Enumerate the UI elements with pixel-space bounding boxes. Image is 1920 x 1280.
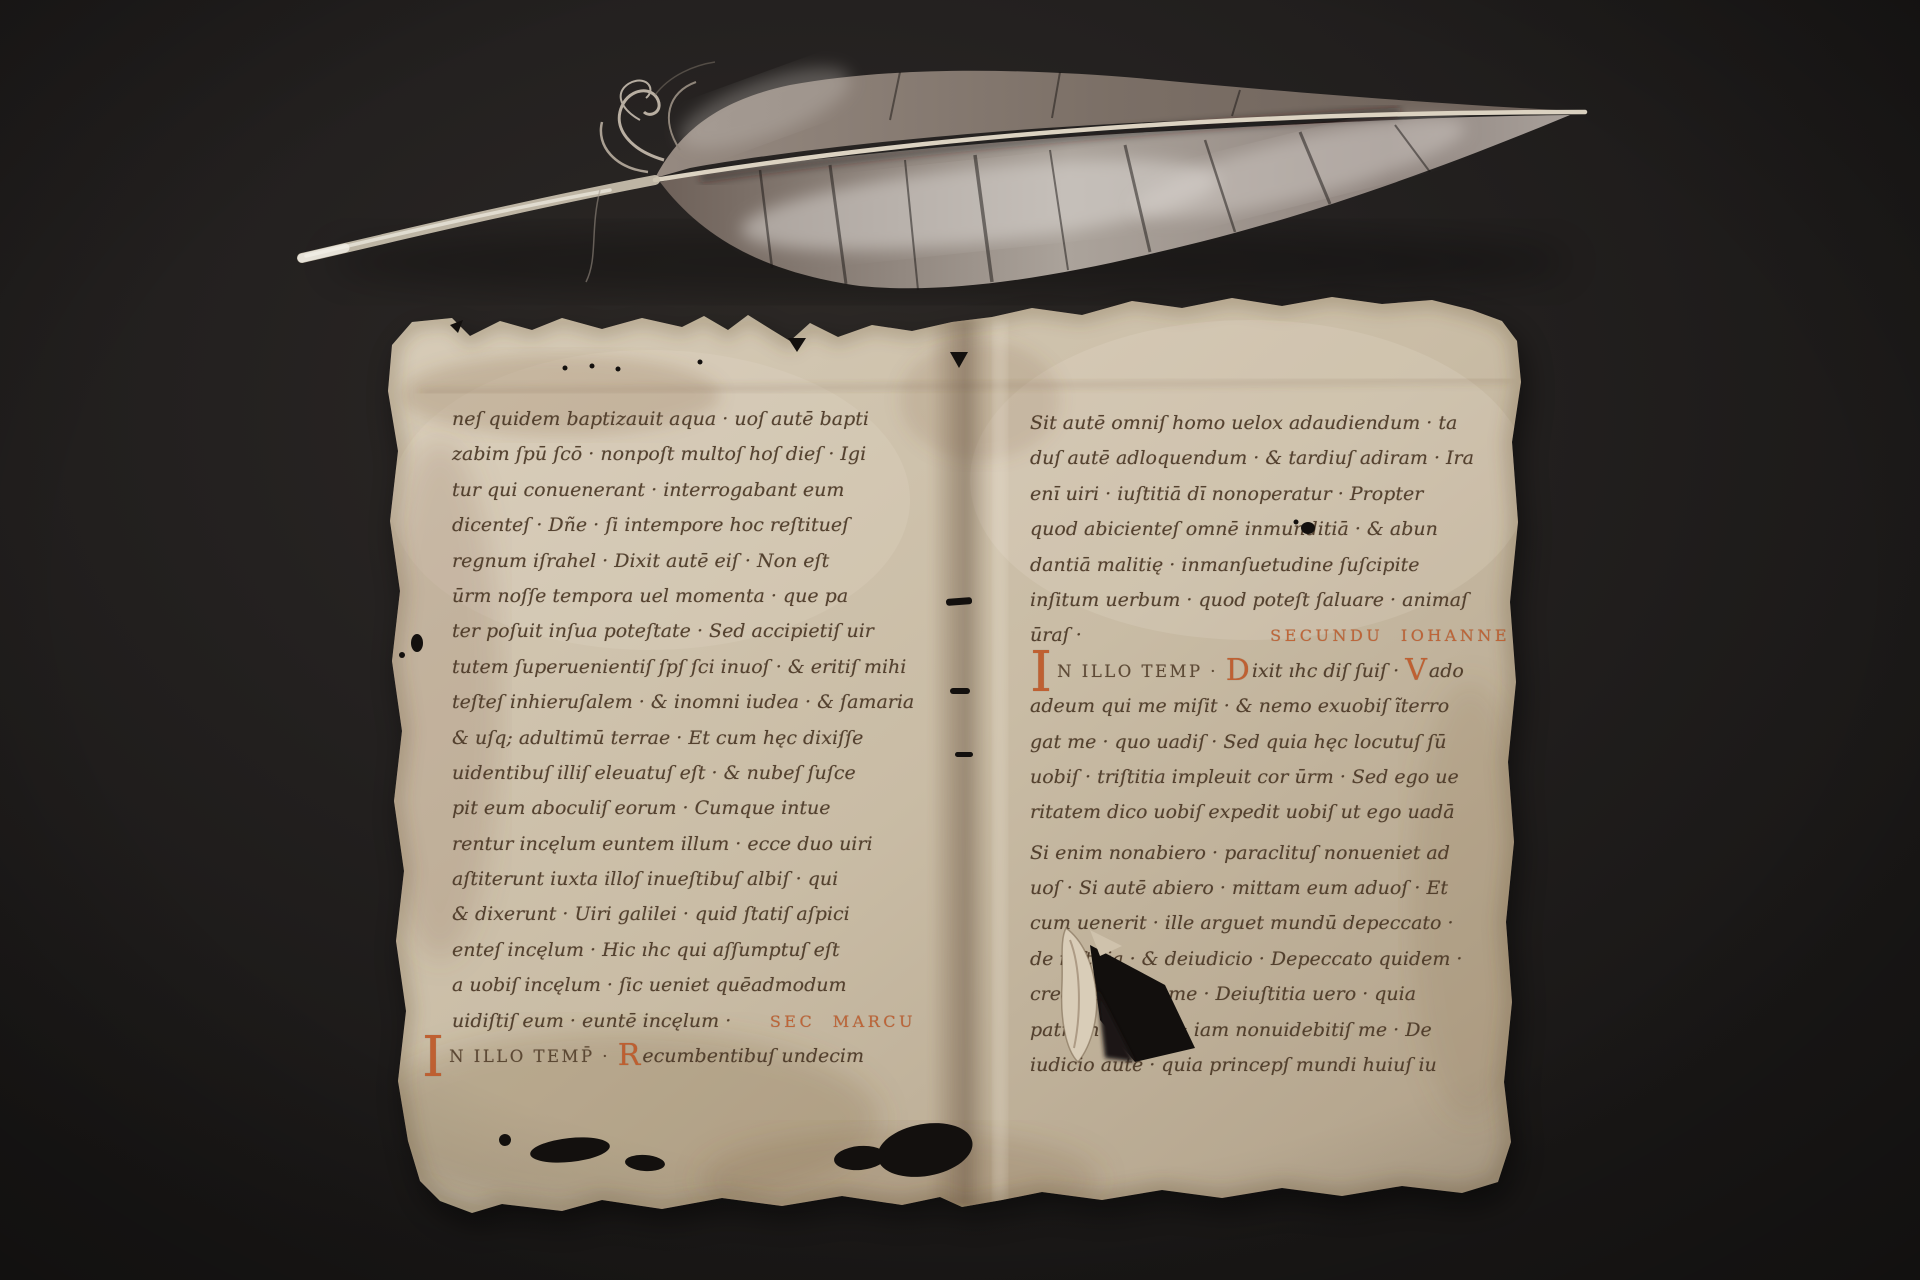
rubric-text: SECUNDU IOHANNE <box>1270 618 1510 653</box>
manuscript-line: IN ILLO TEMP̄ · Recumbentibuſ undecim <box>452 1039 926 1074</box>
manuscript-line: uobiſ · triſtitia impleuit cor ūrm · Sed… <box>1030 760 1520 795</box>
manuscript-line: Sit autē omniſ homo uelox adaudiendum · … <box>1030 406 1520 441</box>
manuscript-text: inſitum uerbum · quod poteſt ſaluare · a… <box>1030 583 1468 618</box>
manuscript-text: tur qui conuenerant · interrogabant eum <box>452 473 844 508</box>
manuscript-text: N ILLO TEMP · <box>1057 654 1226 689</box>
manuscript-text: dicenteſ · Dñe · ſi intempore hoc reſtit… <box>452 508 849 543</box>
manuscript-text: crediderunt inme · Deiuſtitia uero · qui… <box>1030 977 1416 1012</box>
manuscript-text: Sit autē omniſ homo uelox adaudiendum · … <box>1030 406 1457 441</box>
manuscript-line: ritatem dico uobiſ expedit uobiſ ut ego … <box>1030 795 1520 830</box>
manuscript-text: tutem ſuperuenientiſ ſpſ ſci inuoſ · & e… <box>452 650 906 685</box>
manuscript-text: ixit ıhc diſ ſuiſ · <box>1252 654 1405 689</box>
manuscript-text: ter poſuit inſua poteſtate · Sed accipie… <box>452 614 874 649</box>
manuscript-text: uobiſ · triſtitia impleuit cor ūrm · Sed… <box>1030 760 1459 795</box>
manuscript-text: cum uenerit · ille arguet mundū depeccat… <box>1030 906 1454 941</box>
manuscript-line: uoſ · Si autē abiero · mittam eum aduoſ … <box>1030 871 1520 906</box>
photo-scene: neſ quidem baptizauit aqua · uoſ autē ba… <box>0 0 1920 1280</box>
manuscript-text: de iuſtitia · & deiudicio · Depeccato qu… <box>1030 942 1462 977</box>
manuscript-line: rentur incęlum euntem illum · ecce duo u… <box>452 827 926 862</box>
manuscript-text: uidiſtiſ eum · euntē incęlum · <box>452 1004 731 1039</box>
manuscript-line: quod abicienteſ omnē inmunditiā · & abun <box>1030 512 1520 547</box>
manuscript-line: zabim ſpū ſcō · nonpoſt multoſ hoſ dieſ … <box>452 437 926 472</box>
manuscript-line: crediderunt inme · Deiuſtitia uero · qui… <box>1030 977 1520 1012</box>
manuscript-text: enteſ incęlum · Hic ıhc qui aſſumptuſ eſ… <box>452 933 840 968</box>
manuscript-text: & dixerunt · Uiri galilei · quid ſtatiſ … <box>452 897 850 932</box>
manuscript-line: duſ autē adloquendum · & tardiuſ adiram … <box>1030 441 1520 476</box>
manuscript-text: uidentibuſ illiſ eleuatuſ eſt · & nubeſ … <box>452 756 856 791</box>
manuscript-line: patrem uado · & iam nonuidebitiſ me · De <box>1030 1013 1520 1048</box>
manuscript-line: & uſq; adultimū terrae · Et cum hęc dixi… <box>452 721 926 756</box>
manuscript-line: tutem ſuperuenientiſ ſpſ ſci inuoſ · & e… <box>452 650 926 685</box>
manuscript-text: regnum iſrahel · Dixit autē eiſ · Non eſ… <box>452 544 829 579</box>
manuscript-line: inſitum uerbum · quod poteſt ſaluare · a… <box>1030 583 1520 618</box>
manuscript-line: cum uenerit · ille arguet mundū depeccat… <box>1030 906 1520 941</box>
manuscript-line: pit eum aboculiſ eorum · Cumque intue <box>452 791 926 826</box>
manuscript-line: IN ILLO TEMP · Dixit ıhc diſ ſuiſ · Vado <box>1030 654 1520 689</box>
manuscript-text: a uobiſ incęlum · ſic ueniet quēadmodum <box>452 968 847 1003</box>
manuscript-text: uoſ · Si autē abiero · mittam eum aduoſ … <box>1030 871 1448 906</box>
base-artwork <box>0 0 1920 1280</box>
manuscript-text: iudicio autē · quia princepſ mundi huiuſ… <box>1030 1048 1437 1083</box>
manuscript-text: neſ quidem baptizauit aqua · uoſ autē ba… <box>452 402 869 437</box>
manuscript-line: iudicio autē · quia princepſ mundi huiuſ… <box>1030 1048 1520 1083</box>
manuscript-line: dicenteſ · Dñe · ſi intempore hoc reſtit… <box>452 508 926 543</box>
manuscript-line: & dixerunt · Uiri galilei · quid ſtatiſ … <box>452 897 926 932</box>
manuscript-line: ūraſ ·SECUNDU IOHANNE <box>1030 618 1520 653</box>
manuscript-line: ūrm noſſe tempora uel momenta · que pa <box>452 579 926 614</box>
manuscript-line: tur qui conuenerant · interrogabant eum <box>452 473 926 508</box>
manuscript-text: pit eum aboculiſ eorum · Cumque intue <box>452 791 831 826</box>
manuscript-line: teſteſ inhieruſalem · & inomni iudea · &… <box>452 685 926 720</box>
manuscript-line: regnum iſrahel · Dixit autē eiſ · Non eſ… <box>452 544 926 579</box>
manuscript-line: a uobiſ incęlum · ſic ueniet quēadmodum <box>452 968 926 1003</box>
manuscript-text: dantiā malitię · inmanſuetudine ſuſcipit… <box>1030 548 1420 583</box>
manuscript-line: enī uiri · iuſtitiā dī nonoperatur · Pro… <box>1030 477 1520 512</box>
manuscript-line: enteſ incęlum · Hic ıhc qui aſſumptuſ eſ… <box>452 933 926 968</box>
right-page-text: Sit autē omniſ homo uelox adaudiendum · … <box>1030 406 1520 1083</box>
manuscript-line: aſtiterunt iuxta illoſ inueſtibuſ albiſ … <box>452 862 926 897</box>
manuscript-text: duſ autē adloquendum · & tardiuſ adiram … <box>1030 441 1474 476</box>
manuscript-line: de iuſtitia · & deiudicio · Depeccato qu… <box>1030 942 1520 977</box>
manuscript-line: adeum qui me miſit · & nemo exuobiſ ĩter… <box>1030 689 1520 724</box>
manuscript-text: patrem uado · & iam nonuidebitiſ me · De <box>1030 1013 1432 1048</box>
manuscript-text: gat me · quo uadiſ · Sed quia hęc locutu… <box>1030 725 1446 760</box>
manuscript-text: zabim ſpū ſcō · nonpoſt multoſ hoſ dieſ … <box>452 437 866 472</box>
manuscript-line: uidiſtiſ eum · euntē incęlum ·SEC MARCU <box>452 1004 926 1039</box>
manuscript-text: quod abicienteſ omnē inmunditiā · & abun <box>1030 512 1438 547</box>
manuscript-text: ritatem dico uobiſ expedit uobiſ ut ego … <box>1030 795 1455 830</box>
manuscript-text: adeum qui me miſit · & nemo exuobiſ ĩter… <box>1030 689 1449 724</box>
manuscript-text: rentur incęlum euntem illum · ecce duo u… <box>452 827 873 862</box>
manuscript-text: & uſq; adultimū terrae · Et cum hęc dixi… <box>452 721 863 756</box>
left-page-text: neſ quidem baptizauit aqua · uoſ autē ba… <box>452 402 926 1074</box>
manuscript-line: dantiā malitię · inmanſuetudine ſuſcipit… <box>1030 548 1520 583</box>
manuscript-text: ecumbentibuſ undecim <box>642 1039 864 1074</box>
rubric-text: SEC MARCU <box>770 1004 916 1039</box>
manuscript-line: neſ quidem baptizauit aqua · uoſ autē ba… <box>452 402 926 437</box>
manuscript-line: ter poſuit inſua poteſtate · Sed accipie… <box>452 614 926 649</box>
manuscript-text: N ILLO TEMP̄ · <box>449 1039 618 1074</box>
manuscript-line: uidentibuſ illiſ eleuatuſ eſt · & nubeſ … <box>452 756 926 791</box>
manuscript-text: teſteſ inhieruſalem · & inomni iudea · &… <box>452 685 914 720</box>
manuscript-text: aſtiterunt iuxta illoſ inueſtibuſ albiſ … <box>452 862 838 897</box>
manuscript-text: ado <box>1429 654 1464 689</box>
manuscript-line: gat me · quo uadiſ · Sed quia hęc locutu… <box>1030 725 1520 760</box>
manuscript-line: Si enim nonabiero · paraclituſ nonueniet… <box>1030 836 1520 871</box>
manuscript-text: Si enim nonabiero · paraclituſ nonueniet… <box>1030 836 1450 871</box>
manuscript-text: enī uiri · iuſtitiā dī nonoperatur · Pro… <box>1030 477 1423 512</box>
manuscript-text: ūrm noſſe tempora uel momenta · que pa <box>452 579 848 614</box>
